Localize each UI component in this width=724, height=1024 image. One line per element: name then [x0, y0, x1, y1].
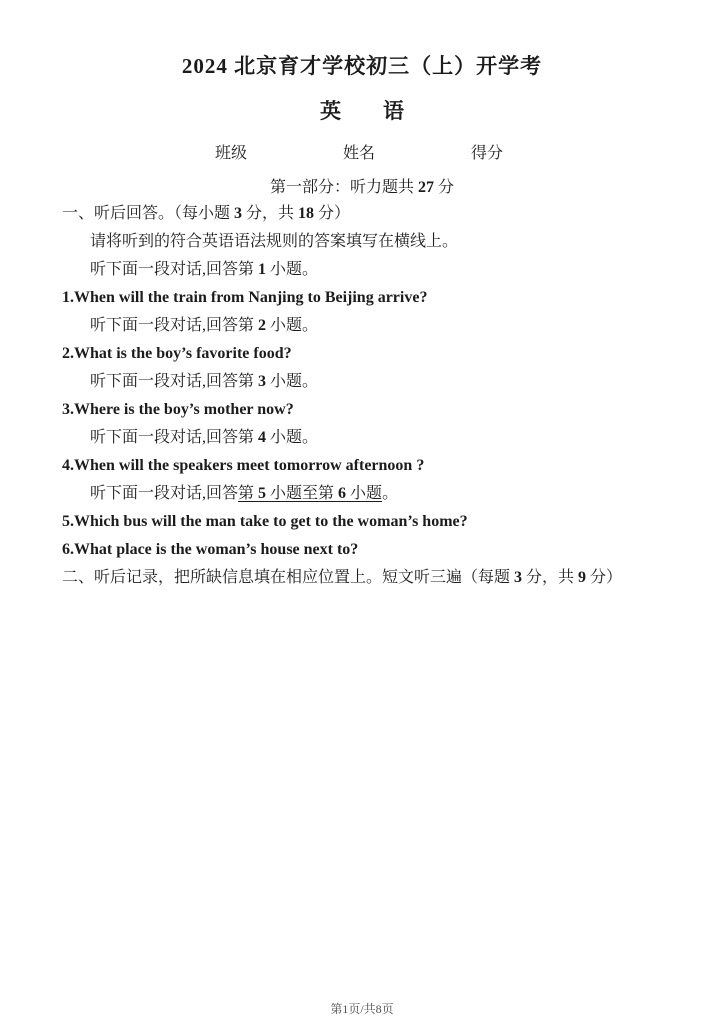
dialog-prompt-5-6-num2: 6	[338, 485, 346, 502]
question-2: 2.What is the boy’s favorite food?	[62, 340, 662, 368]
dialog-prompt-4-post: 小题。	[266, 429, 318, 446]
dialog-prompt-1-pre: 听下面一段对话,回答第	[90, 261, 258, 278]
part1-points: 27	[418, 179, 434, 196]
part1-heading: 第一部分：听力题共 27 分	[62, 176, 662, 200]
question-3: 3.Where is the boy’s mother now?	[62, 396, 662, 424]
score-label: 得分	[471, 142, 503, 166]
section1-heading: 一、听后回答。（每小题 3 分，共 18 分）	[62, 200, 662, 228]
class-label: 班级	[215, 142, 247, 166]
dialog-prompt-1-num: 1	[258, 261, 266, 278]
part1-heading-post: 分	[434, 179, 454, 196]
section1-note: 请将听到的符合英语语法规则的答案填写在横线上。	[62, 228, 662, 256]
dialog-prompt-5-6: 听下面一段对话,回答第 5 小题至第 6 小题。	[62, 480, 662, 508]
section1-points-total: 18	[298, 205, 314, 222]
dialog-prompt-2-post: 小题。	[266, 317, 318, 334]
dialog-prompt-5-6-underlined: 第 5 小题至第 6 小题	[238, 485, 382, 502]
exam-page: 2024 北京育才学校初三（上）开学考 英 语 班级 姓名 得分 第一部分：听力…	[0, 0, 724, 1024]
section2-points-total: 9	[578, 569, 586, 586]
exam-title: 2024 北京育才学校初三（上）开学考	[62, 50, 662, 82]
question-6: 6.What place is the woman’s house next t…	[62, 536, 662, 564]
student-info-row: 班级 姓名 得分	[215, 142, 662, 166]
section2-heading-post: 分）	[586, 569, 622, 586]
dialog-prompt-3: 听下面一段对话,回答第 3 小题。	[62, 368, 662, 396]
dialog-prompt-2-pre: 听下面一段对话,回答第	[90, 317, 258, 334]
dialog-prompt-4-pre: 听下面一段对话,回答第	[90, 429, 258, 446]
subject-title: 英 语	[62, 96, 662, 126]
dialog-prompt-1: 听下面一段对话,回答第 1 小题。	[62, 256, 662, 284]
dialog-prompt-3-pre: 听下面一段对话,回答第	[90, 373, 258, 390]
dialog-prompt-5-6-pre: 听下面一段对话,回答	[90, 485, 238, 502]
dialog-prompt-5-6-u1: 第	[238, 485, 258, 502]
section1-heading-mid: 分，共	[242, 205, 298, 222]
section1-points-each: 3	[234, 205, 242, 222]
name-label: 姓名	[343, 142, 375, 166]
dialog-prompt-2-num: 2	[258, 317, 266, 334]
dialog-prompt-5-6-post: 。	[382, 485, 398, 502]
section1-heading-post: 分）	[314, 205, 350, 222]
question-4: 4.When will the speakers meet tomorrow a…	[62, 452, 662, 480]
question-1: 1.When will the train from Nanjing to Be…	[62, 284, 662, 312]
dialog-prompt-4-num: 4	[258, 429, 266, 446]
section1-heading-pre: 一、听后回答。（每小题	[62, 205, 234, 222]
section2-heading-mid: 分，共	[522, 569, 578, 586]
dialog-prompt-5-6-u2: 小题至第	[266, 485, 338, 502]
dialog-prompt-4: 听下面一段对话,回答第 4 小题。	[62, 424, 662, 452]
dialog-prompt-5-6-num1: 5	[258, 485, 266, 502]
section2-heading-pre: 二、听后记录，把所缺信息填在相应位置上。短文听三遍（每题	[62, 569, 514, 586]
dialog-prompt-2: 听下面一段对话,回答第 2 小题。	[62, 312, 662, 340]
page-footer: 第1页/共8页	[0, 1002, 724, 1016]
dialog-prompt-5-6-u3: 小题	[346, 485, 382, 502]
dialog-prompt-3-num: 3	[258, 373, 266, 390]
section2-heading: 二、听后记录，把所缺信息填在相应位置上。短文听三遍（每题 3 分，共 9 分）	[62, 564, 662, 592]
part1-heading-pre: 第一部分：听力题共	[270, 179, 418, 196]
dialog-prompt-3-post: 小题。	[266, 373, 318, 390]
dialog-prompt-1-post: 小题。	[266, 261, 318, 278]
section2-points-each: 3	[514, 569, 522, 586]
question-5: 5.Which bus will the man take to get to …	[62, 508, 662, 536]
